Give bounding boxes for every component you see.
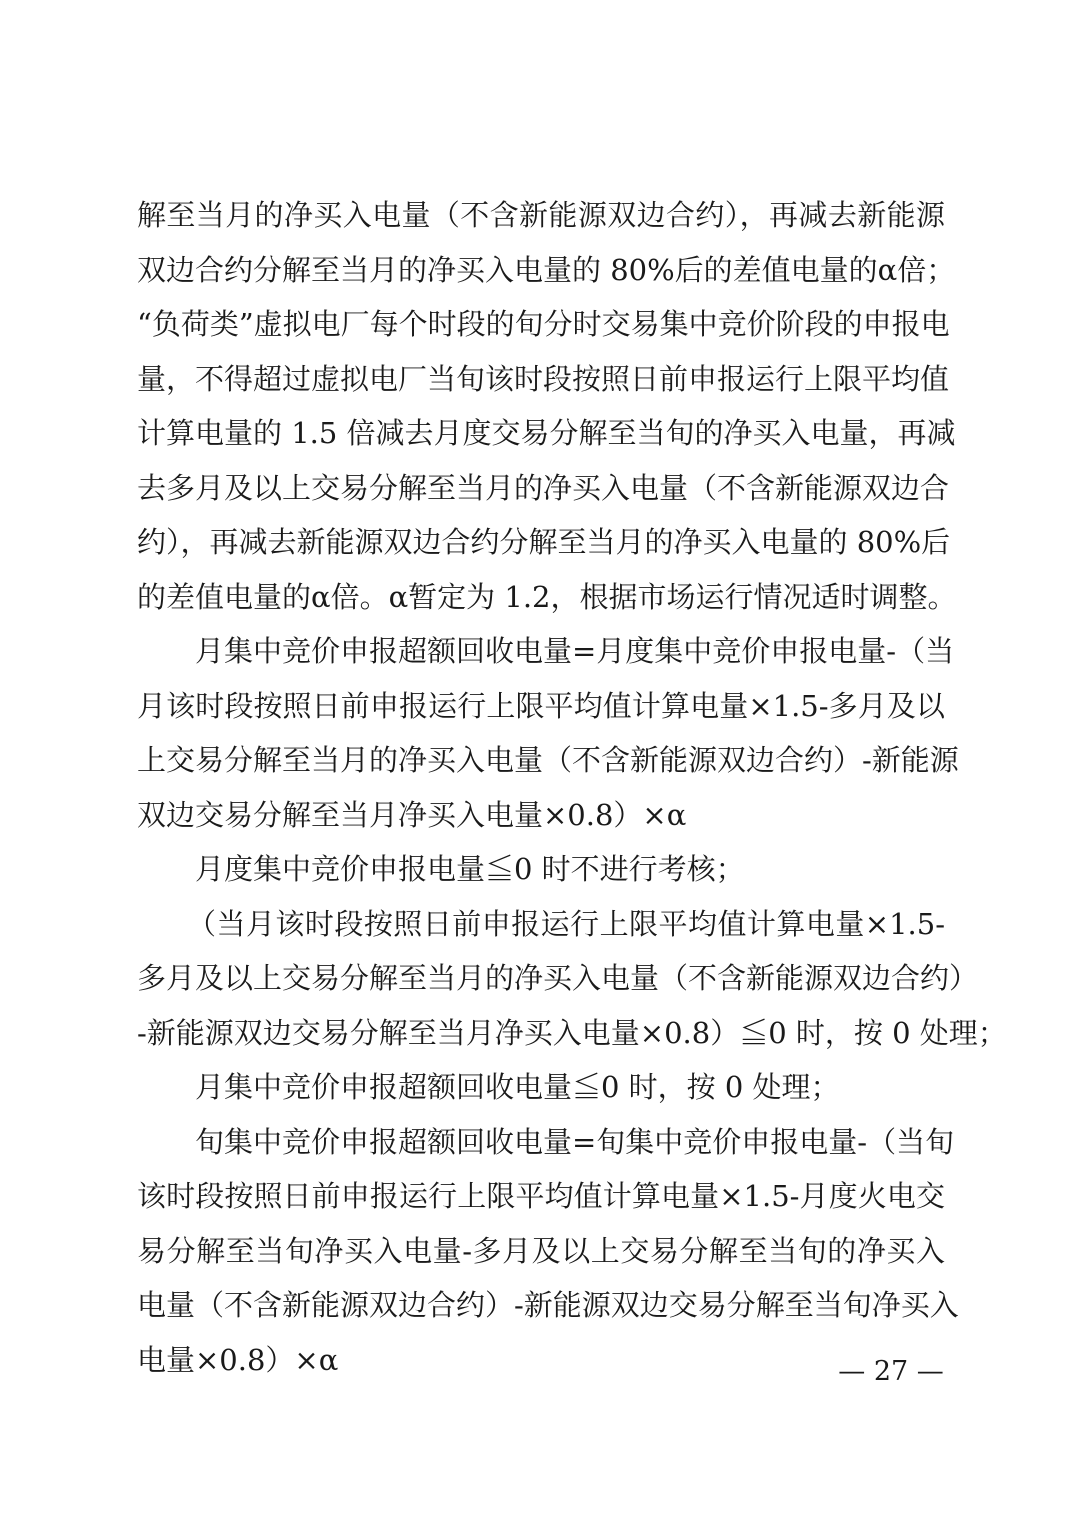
text-line: 计算电量的 1.5 倍减去月度交易分解至当旬的净买入电量，再减 xyxy=(137,406,945,461)
text-line: 的差值电量的α倍。α暂定为 1.2，根据市场运行情况适时调整。 xyxy=(137,570,945,625)
paragraph-start-line: 旬集中竞价申报超额回收电量=旬集中竞价申报电量-（当旬 xyxy=(137,1115,945,1170)
text-line: -新能源双边交易分解至当月净买入电量×0.8）≦0 时，按 0 处理； xyxy=(137,1006,945,1061)
text-line: 约），再减去新能源双边合约分解至当月的净买入电量的 80%后 xyxy=(137,515,945,570)
text-line: “负荷类”虚拟电厂每个时段的旬分时交易集中竞价阶段的申报电 xyxy=(137,297,945,352)
text-line: 双边合约分解至当月的净买入电量的 80%后的差值电量的α倍； xyxy=(137,243,945,298)
text-line: 月该时段按照日前申报运行上限平均值计算电量×1.5-多月及以 xyxy=(137,679,945,734)
document-page: 解至当月的净买入电量（不含新能源双边合约），再减去新能源 双边合约分解至当月的净… xyxy=(0,0,1080,1527)
page-number: — 27 — xyxy=(836,1352,946,1392)
text-line: 量，不得超过虚拟电厂当旬该时段按照日前申报运行上限平均值 xyxy=(137,352,945,407)
text-line: 电量（不含新能源双边合约）-新能源双边交易分解至当旬净买入 xyxy=(137,1278,945,1333)
paragraph-start-line: （当月该时段按照日前申报运行上限平均值计算电量×1.5- xyxy=(137,897,945,952)
text-line: 去多月及以上交易分解至当月的净买入电量（不含新能源双边合 xyxy=(137,461,945,516)
text-line: 双边交易分解至当月净买入电量×0.8）×α xyxy=(137,788,945,843)
paragraph-start-line: 月集中竞价申报超额回收电量=月度集中竞价申报电量-（当 xyxy=(137,624,945,679)
body-text: 解至当月的净买入电量（不含新能源双边合约），再减去新能源 双边合约分解至当月的净… xyxy=(137,188,945,1387)
text-line: 多月及以上交易分解至当月的净买入电量（不含新能源双边合约） xyxy=(137,951,945,1006)
paragraph-start-line: 月集中竞价申报超额回收电量≦0 时，按 0 处理； xyxy=(137,1060,945,1115)
paragraph-start-line: 月度集中竞价申报电量≦0 时不进行考核； xyxy=(137,842,945,897)
text-line: 上交易分解至当月的净买入电量（不含新能源双边合约）-新能源 xyxy=(137,733,945,788)
text-line: 该时段按照日前申报运行上限平均值计算电量×1.5-月度火电交 xyxy=(137,1169,945,1224)
text-line: 电量×0.8）×α xyxy=(137,1333,945,1388)
text-line: 易分解至当旬净买入电量-多月及以上交易分解至当旬的净买入 xyxy=(137,1224,945,1279)
text-line: 解至当月的净买入电量（不含新能源双边合约），再减去新能源 xyxy=(137,188,945,243)
